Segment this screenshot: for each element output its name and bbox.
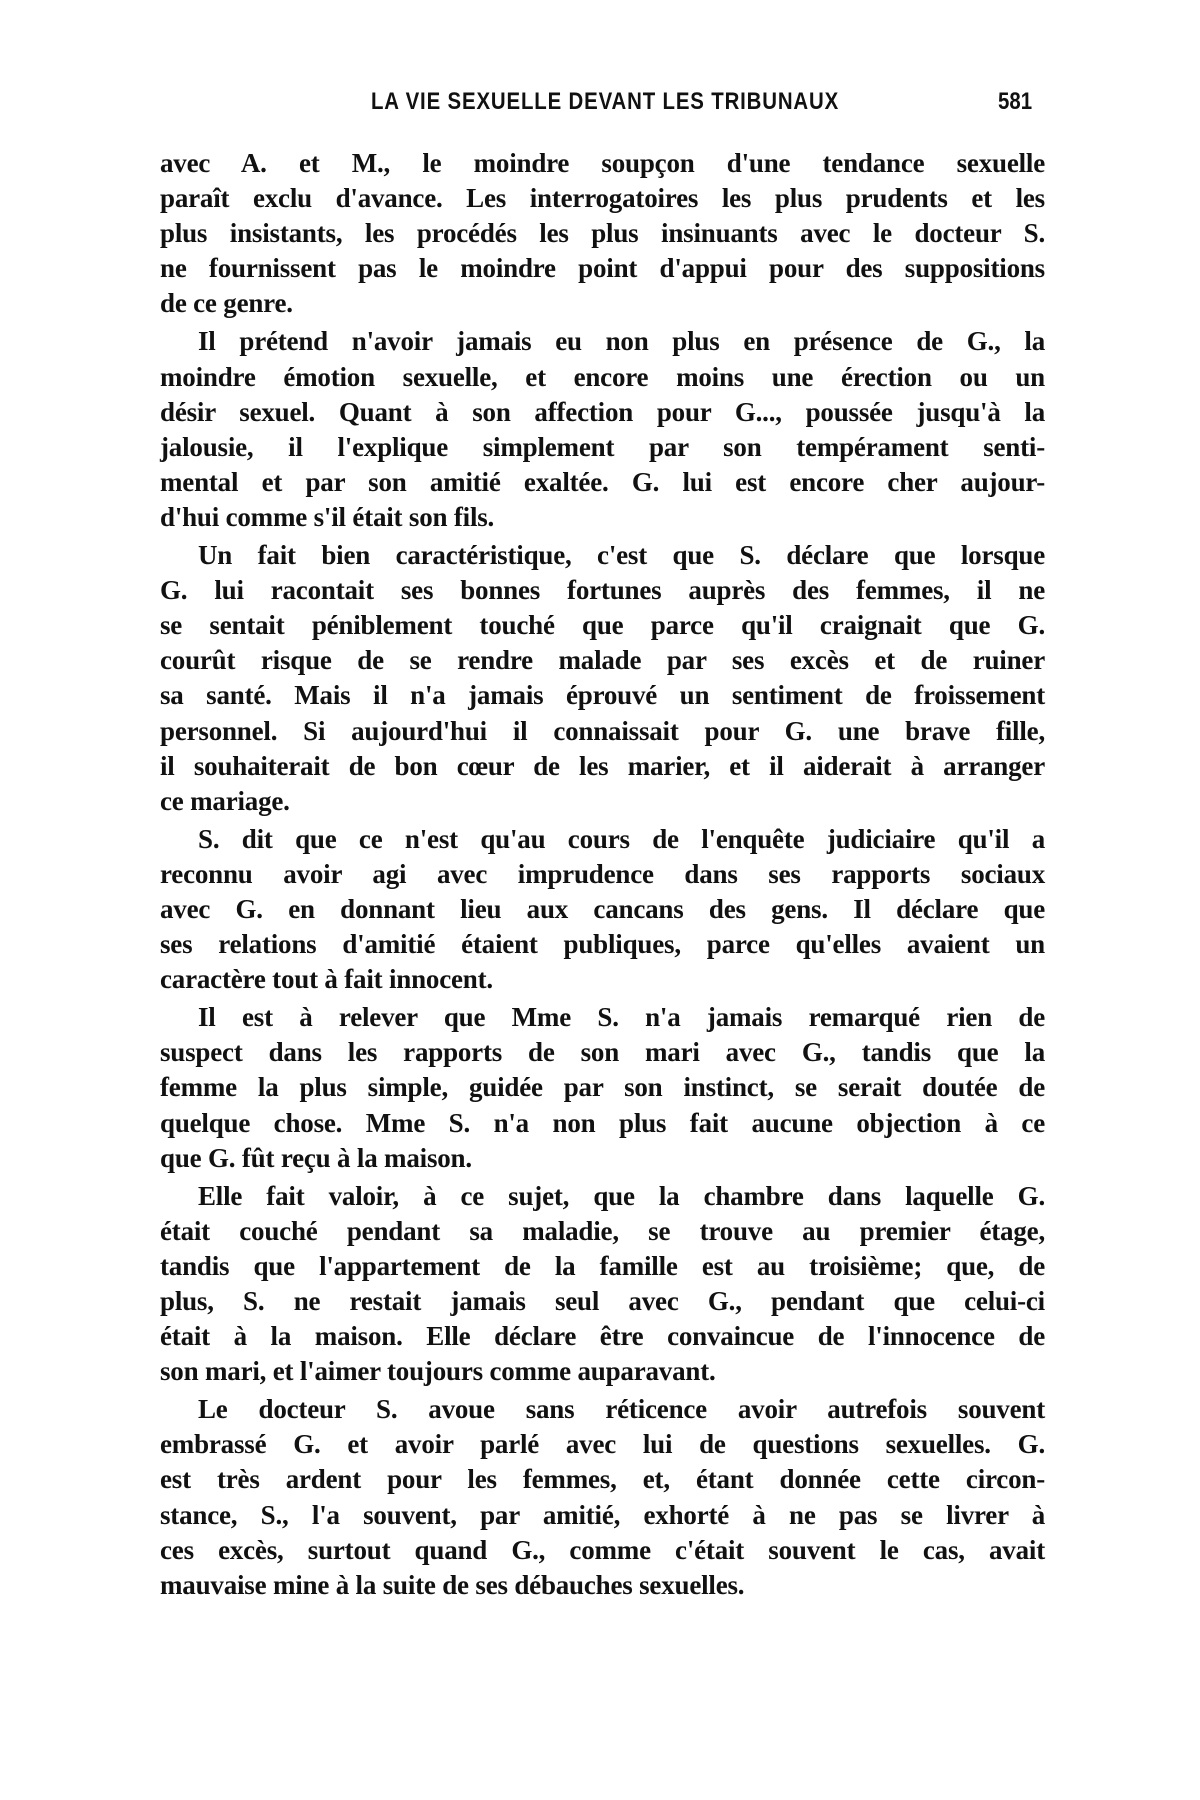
paragraph: Il prétend n'avoir jamais eu non plus en…	[160, 324, 1045, 535]
paragraph: S. dit que ce n'est qu'au cours de l'enq…	[160, 822, 1045, 997]
text-line: ne fournissent pas le moindre point d'ap…	[160, 251, 1045, 286]
text-line: sa santé. Mais il n'a jamais éprouvé un …	[160, 678, 1045, 713]
running-title: LA VIE SEXUELLE DEVANT LES TRIBUNAUX	[346, 88, 865, 116]
text-line: mauvaise mine à la suite de ses débauche…	[160, 1568, 1045, 1603]
text-line: était couché pendant sa maladie, se trou…	[160, 1214, 1045, 1249]
text-line: tandis que l'appartement de la famille e…	[160, 1249, 1045, 1284]
text-line: il souhaiterait de bon cœur de les marie…	[160, 749, 1045, 784]
text-line: de ce genre.	[160, 286, 1045, 321]
text-line: jalousie, il l'explique simplement par s…	[160, 430, 1045, 465]
text-line: personnel. Si aujourd'hui il connaissait…	[160, 714, 1045, 749]
paragraph: avec A. et M., le moindre soupçon d'une …	[160, 146, 1045, 321]
text-line: reconnu avoir agi avec imprudence dans s…	[160, 857, 1045, 892]
text-line: avec A. et M., le moindre soupçon d'une …	[160, 146, 1045, 181]
body-text: avec A. et M., le moindre soupçon d'une …	[160, 146, 1045, 1606]
text-line: paraît exclu d'avance. Les interrogatoir…	[160, 181, 1045, 216]
text-line: courût risque de se rendre malade par se…	[160, 643, 1045, 678]
text-line: est très ardent pour les femmes, et, éta…	[160, 1462, 1045, 1497]
text-line: plus insistants, les procédés les plus i…	[160, 216, 1045, 251]
text-line: se sentait péniblement touché que parce …	[160, 608, 1045, 643]
text-line: était à la maison. Elle déclare être con…	[160, 1319, 1045, 1354]
text-line: Il prétend n'avoir jamais eu non plus en…	[160, 324, 1045, 359]
paragraph: Il est à relever que Mme S. n'a jamais r…	[160, 1000, 1045, 1175]
text-line: quelque chose. Mme S. n'a non plus fait …	[160, 1106, 1045, 1141]
text-line: son mari, et l'aimer toujours comme aupa…	[160, 1354, 1045, 1389]
paragraph: Elle fait valoir, à ce sujet, que la cha…	[160, 1179, 1045, 1390]
text-line: stance, S., l'a souvent, par amitié, exh…	[160, 1498, 1045, 1533]
text-line: femme la plus simple, guidée par son ins…	[160, 1070, 1045, 1105]
text-line: que G. fût reçu à la maison.	[160, 1141, 1045, 1176]
text-line: ses relations d'amitié étaient publiques…	[160, 927, 1045, 962]
text-line: caractère tout à fait innocent.	[160, 962, 1045, 997]
paragraph: Le docteur S. avoue sans réticence avoir…	[160, 1392, 1045, 1603]
paragraph: Un fait bien caractéristique, c'est que …	[160, 538, 1045, 819]
text-line: G. lui racontait ses bonnes fortunes aup…	[160, 573, 1045, 608]
page-number: 581	[998, 88, 1032, 116]
text-line: embrassé G. et avoir parlé avec lui de q…	[160, 1427, 1045, 1462]
text-line: désir sexuel. Quant à son affection pour…	[160, 395, 1045, 430]
text-line: S. dit que ce n'est qu'au cours de l'enq…	[160, 822, 1045, 857]
text-line: d'hui comme s'il était son fils.	[160, 500, 1045, 535]
text-line: mental et par son amitié exaltée. G. lui…	[160, 465, 1045, 500]
running-head: LA VIE SEXUELLE DEVANT LES TRIBUNAUX 581	[160, 88, 1045, 128]
text-line: ce mariage.	[160, 784, 1045, 819]
text-line: Il est à relever que Mme S. n'a jamais r…	[160, 1000, 1045, 1035]
text-line: suspect dans les rapports de son mari av…	[160, 1035, 1045, 1070]
text-line: Le docteur S. avoue sans réticence avoir…	[160, 1392, 1045, 1427]
text-line: ces excès, surtout quand G., comme c'éta…	[160, 1533, 1045, 1568]
text-line: plus, S. ne restait jamais seul avec G.,…	[160, 1284, 1045, 1319]
text-line: moindre émotion sexuelle, et encore moin…	[160, 360, 1045, 395]
text-line: avec G. en donnant lieu aux cancans des …	[160, 892, 1045, 927]
text-line: Elle fait valoir, à ce sujet, que la cha…	[160, 1179, 1045, 1214]
text-line: Un fait bien caractéristique, c'est que …	[160, 538, 1045, 573]
